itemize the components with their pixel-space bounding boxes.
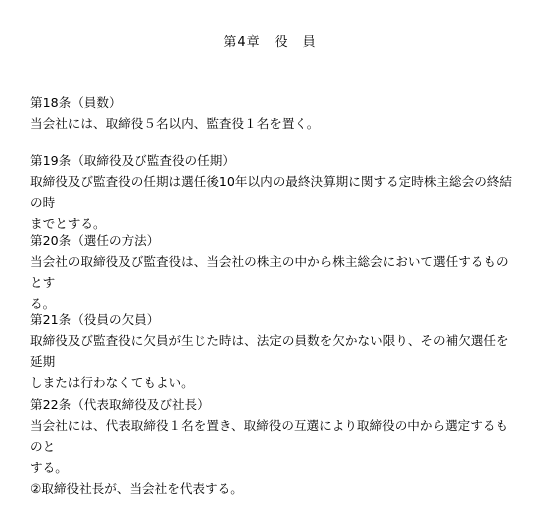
article-heading: 第18条（員数） — [30, 92, 520, 113]
chapter-title: 第4章 役 員 — [0, 34, 540, 52]
article-text-line: しまたは行わなくてもよい。 — [30, 372, 520, 393]
article-18: 第18条（員数） 当会社には、取締役５名以内、監査役１名を置く。 — [30, 92, 520, 134]
article-heading: 第22条（代表取締役及び社長） — [30, 394, 520, 415]
article-text-line: 当会社の取締役及び監査役は、当会社の株主の中から株主総会において選任するものとす — [30, 251, 520, 293]
article-heading: 第21条（役員の欠員） — [30, 309, 520, 330]
article-22: 第22条（代表取締役及び社長） 当会社には、代表取締役１名を置き、取締役の互選に… — [30, 394, 520, 499]
article-20: 第20条（選任の方法） 当会社の取締役及び監査役は、当会社の株主の中から株主総会… — [30, 230, 520, 314]
article-19: 第19条（取締役及び監査役の任期） 取締役及び監査役の任期は選任後10年以内の最… — [30, 150, 520, 234]
article-heading: 第20条（選任の方法） — [30, 230, 520, 251]
article-text-line: ②取締役社長が、当会社を代表する。 — [30, 478, 520, 499]
article-text-line: 取締役及び監査役の任期は選任後10年以内の最終決算期に関する定時株主総会の終結の… — [30, 171, 520, 213]
article-21: 第21条（役員の欠員） 取締役及び監査役に欠員が生じた時は、法定の員数を欠かない… — [30, 309, 520, 393]
article-text-line: する。 — [30, 457, 520, 478]
article-text-line: 当会社には、代表取締役１名を置き、取締役の互選により取締役の中から選定するものと — [30, 415, 520, 457]
article-heading: 第19条（取締役及び監査役の任期） — [30, 150, 520, 171]
article-text-line: 取締役及び監査役に欠員が生じた時は、法定の員数を欠かない限り、その補欠選任を延期 — [30, 330, 520, 372]
article-text-line: 当会社には、取締役５名以内、監査役１名を置く。 — [30, 113, 520, 134]
